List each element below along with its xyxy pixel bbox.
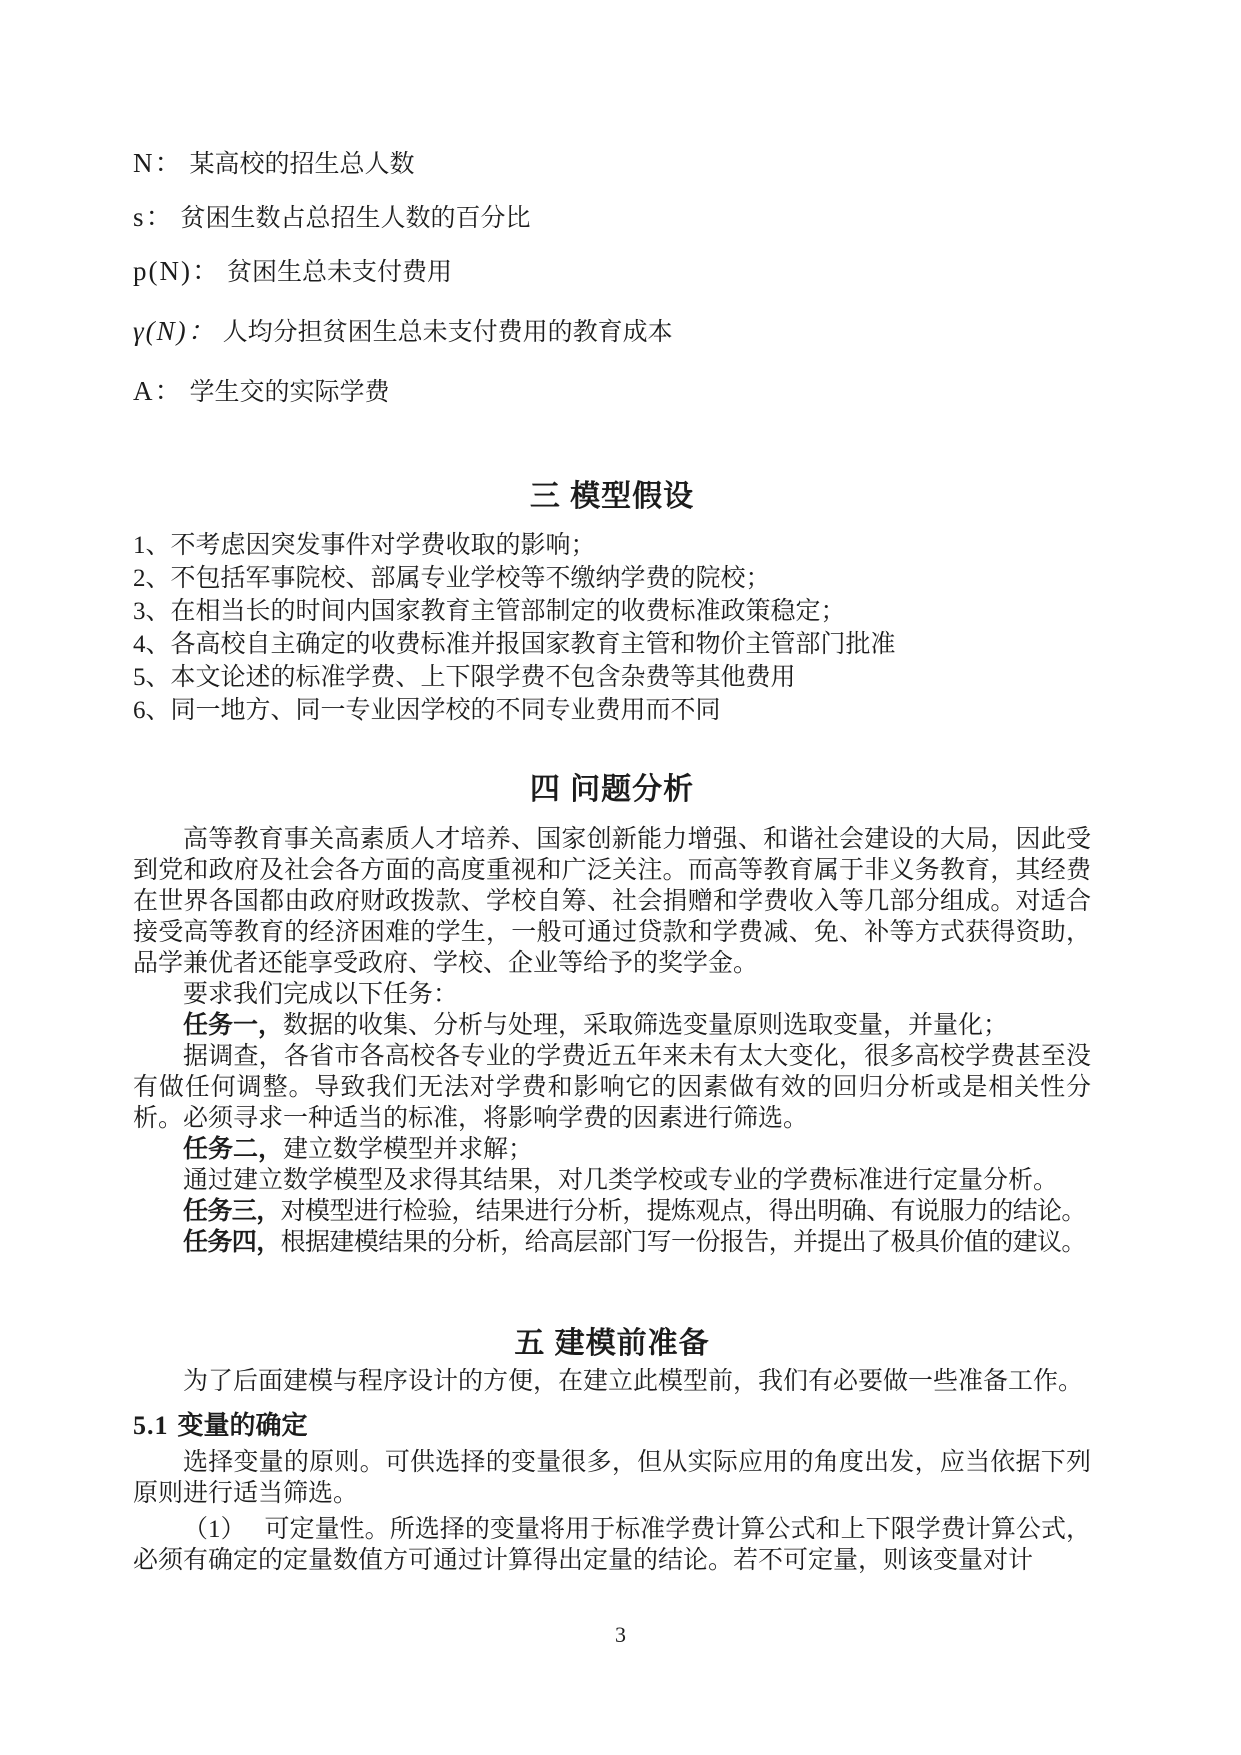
task-2-label: 任务二， — [183, 1135, 283, 1163]
preparation-paragraph-3: （1） 可定量性。所选择的变量将用于标准学费计算公式和上下限学费计算公式，必须有… — [133, 1514, 1091, 1576]
pre-modeling-section: 为了后面建模与程序设计的方便，在建立此模型前，我们有必要做一些准备工作。 5.1… — [133, 1366, 1091, 1576]
definition-text: 学生交的实际学费 — [184, 379, 390, 406]
page-number: 3 — [0, 1622, 1241, 1648]
assumption-item-1: 1、不考虑因突发事件对学费收取的影响； — [133, 529, 1091, 562]
variable-symbol: N： — [133, 148, 184, 178]
variable-symbol: γ(N)： — [133, 316, 217, 346]
definition-text: 某高校的招生总人数 — [184, 151, 415, 178]
subsection-title: 变量的确定 — [178, 1410, 308, 1440]
variable-symbol: s： — [133, 202, 175, 232]
definition-text: 贫困生数占总招生人数的百分比 — [175, 205, 531, 232]
task-line-1: 任务一，数据的收集、分析与处理，采取筛选变量原则选取变量，并量化； — [133, 1010, 1091, 1041]
definition-row-N: N：某高校的招生总人数 — [133, 148, 1091, 180]
section-heading-problem-analysis: 四 问题分析 — [133, 769, 1091, 811]
subsection-number: 5.1 — [133, 1411, 169, 1440]
definition-row-A: A：学生交的实际学费 — [133, 376, 1091, 408]
task-3-label: 任务三， — [183, 1197, 281, 1225]
task-line-4: 任务四，根据建模结果的分析，给高层部门写一份报告，并提出了极具价值的建议。 — [133, 1227, 1091, 1258]
preparation-paragraph-1: 为了后面建模与程序设计的方便，在建立此模型前，我们有必要做一些准备工作。 — [133, 1366, 1091, 1397]
definition-text: 贫困生总未支付费用 — [221, 259, 452, 286]
analysis-paragraph-4: 通过建立数学模型及求得其结果，对几类学校或专业的学费标准进行定量分析。 — [133, 1165, 1091, 1196]
definition-row-pN: p(N)：贫困生总未支付费用 — [133, 256, 1091, 288]
definition-row-s: s：贫困生数占总招生人数的百分比 — [133, 202, 1091, 234]
task-3-text: 对模型进行检验，结果进行分析，提炼观点，得出明确、有说服力的结论。 — [281, 1198, 1086, 1225]
preparation-paragraph-2: 选择变量的原则。可供选择的变量很多，但从实际应用的角度出发，应当依据下列原则进行… — [133, 1447, 1091, 1509]
section-heading-pre-modeling: 五 建模前准备 — [133, 1323, 1091, 1365]
assumption-item-6: 6、同一地方、同一专业因学校的不同专业费用而不同 — [133, 694, 1091, 727]
task-line-2: 任务二，建立数学模型并求解； — [133, 1134, 1091, 1165]
analysis-paragraph-3: 据调查，各省市各高校各专业的学费近五年来未有太大变化，很多高校学费甚至没有做任何… — [133, 1041, 1091, 1134]
definition-text: 人均分担贫困生总未支付费用的教育成本 — [217, 319, 673, 346]
task-2-text: 建立数学模型并求解； — [283, 1136, 533, 1163]
subsection-heading-5-1: 5.1变量的确定 — [133, 1409, 1091, 1442]
task-4-label: 任务四， — [183, 1228, 281, 1256]
section-heading-model-assumptions: 三 模型假设 — [133, 476, 1091, 518]
variable-symbol: p(N)： — [133, 256, 221, 286]
analysis-paragraph-2: 要求我们完成以下任务： — [133, 979, 1091, 1010]
task-1-text: 数据的收集、分析与处理，采取筛选变量原则选取变量，并量化； — [283, 1012, 1008, 1039]
assumption-item-5: 5、本文论述的标准学费、上下限学费不包含杂费等其他费用 — [133, 661, 1091, 694]
document-page: N：某高校的招生总人数 s：贫困生数占总招生人数的百分比 p(N)：贫困生总未支… — [0, 0, 1241, 1755]
assumption-item-2: 2、不包括军事院校、部属专业学校等不缴纳学费的院校； — [133, 562, 1091, 595]
definition-row-gammaN: γ(N)：人均分担贫困生总未支付费用的教育成本 — [133, 316, 1091, 348]
assumption-item-3: 3、在相当长的时间内国家教育主管部制定的收费标准政策稳定； — [133, 595, 1091, 628]
assumption-item-4: 4、各高校自主确定的收费标准并报国家教育主管和物价主管部门批准 — [133, 628, 1091, 661]
task-4-text: 根据建模结果的分析，给高层部门写一份报告，并提出了极具价值的建议。 — [281, 1229, 1086, 1256]
problem-analysis-section: 高等教育事关高素质人才培养、国家创新能力增强、和谐社会建设的大局，因此受到党和政… — [133, 824, 1091, 1258]
analysis-paragraph-1: 高等教育事关高素质人才培养、国家创新能力增强、和谐社会建设的大局，因此受到党和政… — [133, 824, 1091, 979]
assumptions-list: 1、不考虑因突发事件对学费收取的影响； 2、不包括军事院校、部属专业学校等不缴纳… — [133, 529, 1091, 727]
page-content: N：某高校的招生总人数 s：贫困生数占总招生人数的百分比 p(N)：贫困生总未支… — [0, 0, 1241, 1576]
task-line-3: 任务三，对模型进行检验，结果进行分析，提炼观点，得出明确、有说服力的结论。 — [133, 1196, 1091, 1227]
variable-definitions: N：某高校的招生总人数 s：贫困生数占总招生人数的百分比 p(N)：贫困生总未支… — [133, 0, 1091, 408]
variable-symbol: A： — [133, 376, 184, 406]
task-1-label: 任务一， — [183, 1011, 283, 1039]
